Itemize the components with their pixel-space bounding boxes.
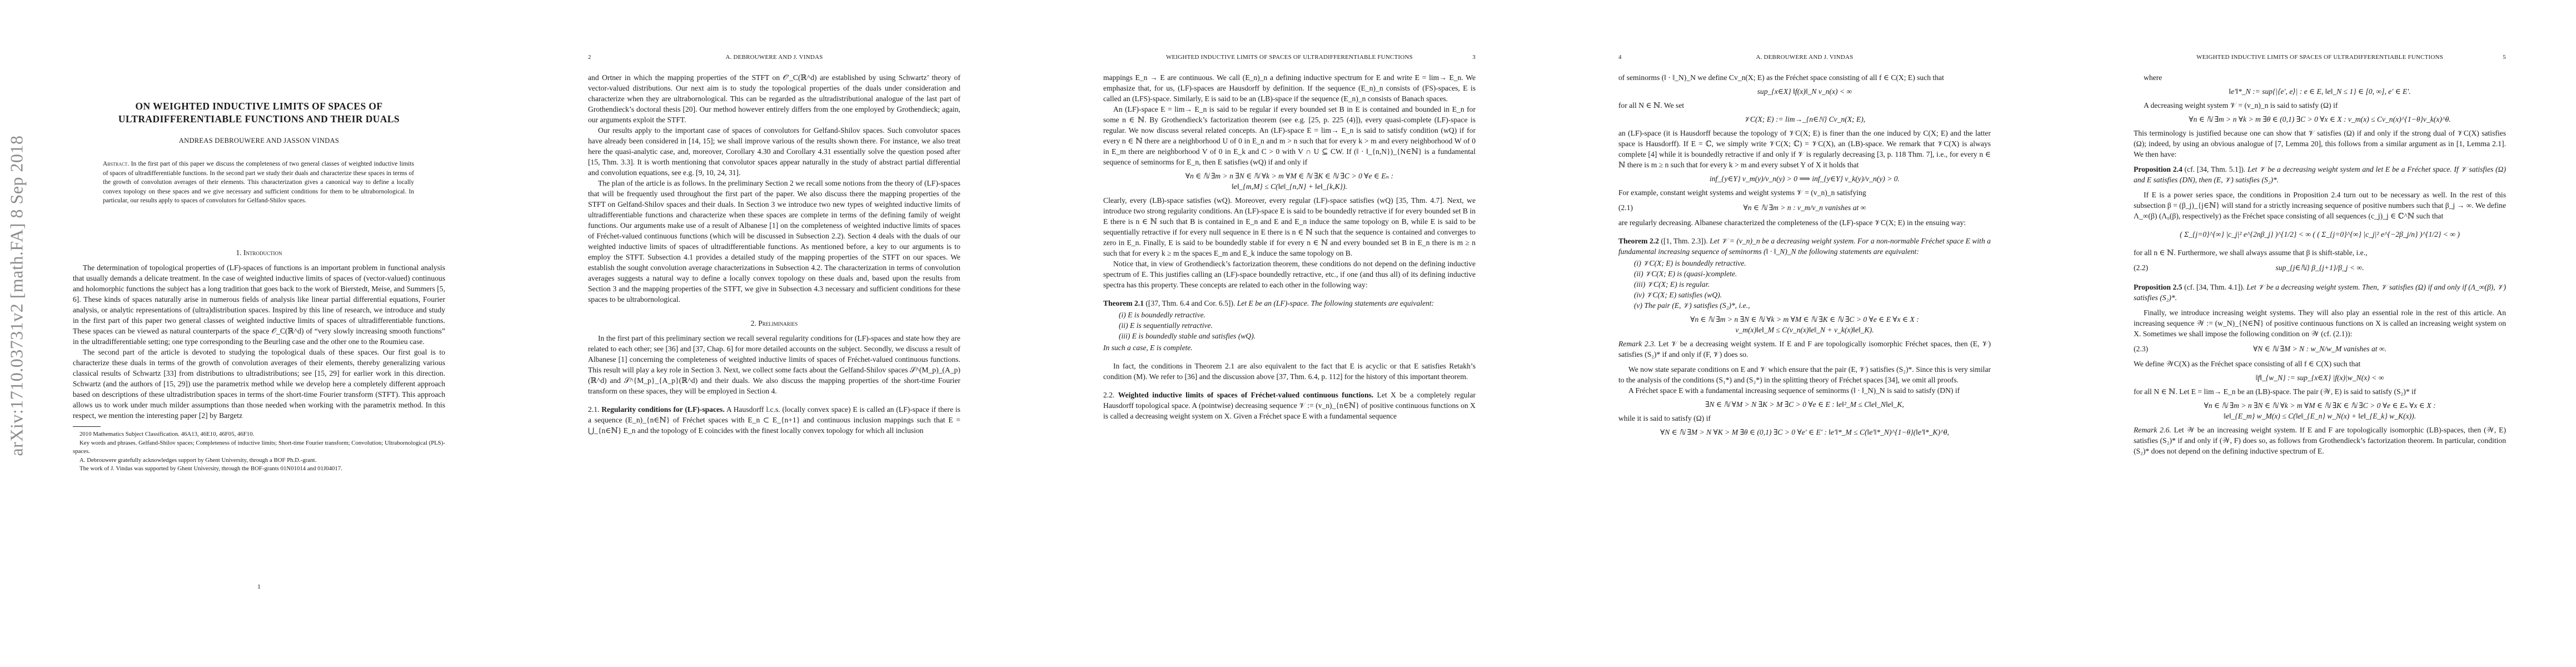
title-line-2: ULTRADIFFERENTIABLE FUNCTIONS AND THEIR … <box>73 113 445 126</box>
paragraph: We now state separate conditions on E an… <box>1618 364 1991 385</box>
equation-number: (2.1) <box>1618 202 1633 213</box>
subsection-number: 2.1. <box>588 405 599 414</box>
remark-2-3: Remark 2.3. Let 𝒱 be a decreasing weight… <box>1618 339 1991 360</box>
proposition-label: Proposition 2.4 <box>2134 165 2183 173</box>
paragraph: In the first part of this preliminary se… <box>588 333 960 396</box>
display-equation: ‖e′‖*_N := sup{|⟨e′, e⟩| : e ∈ E, ‖e‖_N … <box>2134 86 2506 97</box>
page-2-body: and Ortner in which the mapping properti… <box>588 72 960 436</box>
paragraph: The second part of the article is devote… <box>73 347 445 421</box>
paragraph: An (LF)-space E = lim→ E_n is said to be… <box>1103 104 1476 167</box>
paragraph: For example, constant weight systems and… <box>1618 187 1991 198</box>
title-line-1: ON WEIGHTED INDUCTIVE LIMITS OF SPACES O… <box>73 100 445 113</box>
running-head: WEIGHTED INDUCTIVE LIMITS OF SPACES OF U… <box>2134 54 2506 63</box>
remark-2-6: Remark 2.6. Let 𝒲 be an increasing weigh… <box>2134 425 2506 456</box>
equation-number: (2.2) <box>2134 262 2148 273</box>
proposition-ref: (cf. [34, Thm. 5.1]). <box>2185 165 2246 173</box>
proposition-2-4: Proposition 2.4 (cf. [34, Thm. 5.1]). Le… <box>2134 164 2506 185</box>
display-equation-power-series: ( Σ_{j=0}^{∞} |c_j|² e^{2nβ_j} )^{1/2} <… <box>2134 229 2506 240</box>
paragraph: are regularly decreasing. Albanese chara… <box>1618 217 1991 228</box>
equation-2-1: (2.1) ∀n ∈ ℕ ∃m > n : v_m/v_n vanishes a… <box>1618 202 1991 213</box>
remark-text: Let 𝒲 be an increasing weight system. If… <box>2134 426 2506 455</box>
paragraph: This terminology is justified because on… <box>2134 128 2506 160</box>
page-4: 4 A. DEBROUWERE AND J. VINDAS of seminor… <box>1546 0 2061 667</box>
theorem-2-1: Theorem 2.1 ([37, Thm. 6.4 and Cor. 6.5]… <box>1103 298 1476 308</box>
paragraph: mappings E_n → E are continuous. We call… <box>1103 72 1476 104</box>
theorem-ref: ([37, Thm. 6.4 and Cor. 6.5]). <box>1145 299 1235 307</box>
paragraph: The determination of topological propert… <box>73 262 445 347</box>
paragraph: while it is said to satisfy (Ω) if <box>1618 413 1991 424</box>
section-heading-introduction: 1. Introduction <box>73 247 445 258</box>
footnote-funding-1: A. Debrouwere gratefully acknowledges su… <box>73 456 445 465</box>
theorem-item: (i) 𝒱C(X; E) is boundedly retractive. <box>1634 258 1991 268</box>
paragraph: where <box>2134 72 2506 83</box>
paragraph: A decreasing weight system 𝒱 = (v_n)_n i… <box>2134 100 2506 111</box>
abstract-label: Abstract. <box>103 161 129 167</box>
theorem-item: (iii) 𝒱C(X; E) is regular. <box>1634 279 1991 290</box>
abstract: Abstract. In the first part of this pape… <box>103 160 414 206</box>
proposition-ref: (cf. [34, Thm. 4.1]). <box>2184 283 2245 291</box>
theorem-2-2: Theorem 2.2 ([1, Thm. 2.3]). Let 𝒱 = (v_… <box>1618 236 1991 257</box>
equation-body: sup_{j∈ℕ} β_{j+1}/β_j < ∞. <box>2134 262 2506 273</box>
display-equation-s2: ∀n ∈ ℕ ∃m > n ∃N ∈ ℕ ∀k > m ∀M ∈ ℕ ∃K ∈ … <box>1618 314 1991 335</box>
theorem-text: Let E be an (LF)-space. The following st… <box>1237 299 1434 307</box>
paragraph: The plan of the article is as follows. I… <box>588 178 960 305</box>
footnote-rule <box>73 426 101 427</box>
paragraph: an (LF)-space (it is Hausdorff because t… <box>1618 128 1991 170</box>
abstract-text: In the first part of this paper we discu… <box>103 161 414 204</box>
theorem-item: (iv) 𝒱C(X; E) satisfies (wQ). <box>1634 290 1991 300</box>
paragraph: for all N ∈ ℕ. We set <box>1618 100 1991 111</box>
paragraph: If E is a power series space, the condit… <box>2134 190 2506 221</box>
running-head: WEIGHTED INDUCTIVE LIMITS OF SPACES OF U… <box>1103 54 1476 63</box>
section-heading-preliminaries: 2. Preliminaries <box>588 318 960 328</box>
theorem-item: (ii) E is sequentially retractive. <box>1119 320 1476 331</box>
running-head-text: WEIGHTED INDUCTIVE LIMITS OF SPACES OF U… <box>2150 54 2489 61</box>
running-head-text: WEIGHTED INDUCTIVE LIMITS OF SPACES OF U… <box>1120 54 1459 61</box>
theorem-item: (iii) E is boundedly stable and satisfie… <box>1119 331 1476 341</box>
display-equation-dn: ∃N ∈ ℕ ∀M > N ∃K > M ∃C > 0 ∀e ∈ E : ‖e‖… <box>1618 399 1991 410</box>
paper-title: ON WEIGHTED INDUCTIVE LIMITS OF SPACES O… <box>73 100 445 126</box>
display-equation-omega: ∀N ∈ ℕ ∃M > N ∀K > M ∃θ ∈ (0,1) ∃C > 0 ∀… <box>1618 427 1991 437</box>
running-head: 4 A. DEBROUWERE AND J. VINDAS <box>1618 54 1991 63</box>
equation-body: ∀N ∈ ℕ ∃M > N : w_N/w_M vanishes at ∞. <box>2134 344 2506 354</box>
paragraph: and Ortner in which the mapping properti… <box>588 72 960 125</box>
paragraph: of seminorms (‖ · ‖_N)_N we define Cv_n(… <box>1618 72 1991 83</box>
page-5-body: where ‖e′‖*_N := sup{|⟨e′, e⟩| : e ∈ E, … <box>2134 72 2506 456</box>
page-1: arXiv:1710.03731v2 [math.FA] 8 Sep 2018 … <box>0 0 515 667</box>
arxiv-stamp-text: arXiv:1710.03731v2 [math.FA] 8 Sep 2018 <box>7 135 27 456</box>
remark-label: Remark 2.6. <box>2134 426 2171 434</box>
paragraph: Clearly, every (LB)-space satisfies (wQ)… <box>1103 195 1476 258</box>
theorem-tail: In such a case, E is complete. <box>1103 342 1476 353</box>
page-3-body: mappings E_n → E are continuous. We call… <box>1103 72 1476 421</box>
equation-line: ∀n ∈ ℕ ∃m > n ∃N ∈ ℕ ∀k > m ∀M ∈ ℕ ∃K ∈ … <box>1185 172 1393 180</box>
subsection-title: Regularity conditions for (LF)-spaces. <box>601 405 725 414</box>
remark-text: Let 𝒱 be a decreasing weight system. If … <box>1618 340 1991 359</box>
paragraph: A Fréchet space E with a fundamental inc… <box>1618 385 1991 396</box>
page-3: WEIGHTED INDUCTIVE LIMITS OF SPACES OF U… <box>1030 0 1546 667</box>
display-equation-s2-lb: ∀n ∈ ℕ ∃m > n ∃N ∈ ℕ ∀k > m ∀M ∈ ℕ ∃K ∈ … <box>2134 400 2506 421</box>
arxiv-stamp: arXiv:1710.03731v2 [math.FA] 8 Sep 2018 <box>6 129 28 462</box>
display-equation: ‖f‖_{w_N} := sup_{x∈X} |f(x)|w_N(x) < ∞ <box>2134 372 2506 383</box>
display-equation-wq: ∀n ∈ ℕ ∃m > n ∃N ∈ ℕ ∀k > m ∀M ∈ ℕ ∃K ∈ … <box>1103 171 1476 192</box>
page-number: 1 <box>73 583 445 591</box>
subsection-2-2: 2.2. Weighted inductive limits of spaces… <box>1103 390 1476 421</box>
theorem-label: Theorem 2.2 <box>1618 237 1659 245</box>
equation-line: ∀n ∈ ℕ ∃m > n ∃N ∈ ℕ ∀k > m ∀M ∈ ℕ ∃K ∈ … <box>2204 401 2435 410</box>
proposition-2-5: Proposition 2.5 (cf. [34, Thm. 4.1]). Le… <box>2134 282 2506 303</box>
page-4-body: of seminorms (‖ · ‖_N)_N we define Cv_n(… <box>1618 72 1991 441</box>
footnote-funding-2: The work of J. Vindas was supported by G… <box>73 465 445 474</box>
paragraph: for all N ∈ ℕ. Let E = lim→ E_n be an (L… <box>2134 386 2506 397</box>
running-head-text: A. DEBROUWERE AND J. VINDAS <box>588 54 960 61</box>
theorem-item: (v) The pair (E, 𝒱) satisfies (S₂)*, i.e… <box>1634 300 1991 311</box>
paragraph: In fact, the conditions in Theorem 2.1 a… <box>1103 361 1476 382</box>
theorem-ref: ([1, Thm. 2.3]). <box>1661 237 1707 245</box>
equation-2-3: (2.3) ∀N ∈ ℕ ∃M > N : w_N/w_M vanishes a… <box>2134 344 2506 354</box>
paragraph: We define 𝒲C(X) as the Fréchet space con… <box>2134 359 2506 369</box>
footnotes: 2010 Mathematics Subject Classification.… <box>73 430 445 474</box>
theorem-items: (i) 𝒱C(X; E) is boundedly retractive. (i… <box>1634 258 1991 311</box>
proposition-label: Proposition 2.5 <box>2134 283 2182 291</box>
subsection-2-1: 2.1. Regularity conditions for (LF)-spac… <box>588 404 960 436</box>
paragraph: for all n ∈ ℕ. Furthermore, we shall alw… <box>2134 247 2506 258</box>
subsection-number: 2.2. <box>1103 391 1114 399</box>
theorem-item: (ii) 𝒱C(X; E) is (quasi-)complete. <box>1634 268 1991 279</box>
display-equation: inf_{y∈Y} v_m(y)/v_n(y) > 0 ⟹ inf_{y∈Y} … <box>1618 173 1991 184</box>
running-head-text: A. DEBROUWERE AND J. VINDAS <box>1618 54 1991 61</box>
theorem-label: Theorem 2.1 <box>1103 299 1144 307</box>
equation-line: v_m(x)‖e‖_M ≤ C(v_n(x)‖e‖_N + v_k(x)‖e‖_… <box>1736 326 1874 334</box>
equation-2-2: (2.2) sup_{j∈ℕ} β_{j+1}/β_j < ∞. <box>2134 262 2506 273</box>
page-2: 2 A. DEBROUWERE AND J. VINDAS and Ortner… <box>515 0 1030 667</box>
equation-number: (2.3) <box>2134 344 2148 354</box>
theorem-items: (i) E is boundedly retractive. (ii) E is… <box>1119 310 1476 341</box>
equation-line: ‖e‖_{m,M} ≤ C(‖e‖_{n,N} + ‖e‖_{k,K}). <box>1232 182 1347 191</box>
display-equation: sup_{x∈X} ‖f(x)‖_N v_n(x) < ∞ <box>1618 86 1991 97</box>
equation-line: ‖e‖_{E_m} w_M(x) ≤ C(‖e‖_{E_n} w_N(x) + … <box>2224 412 2416 420</box>
authors: ANDREAS DEBROUWERE AND JASSON VINDAS <box>73 137 445 145</box>
equation-line: ∀n ∈ ℕ ∃m > n ∃N ∈ ℕ ∀k > m ∀M ∈ ℕ ∃K ∈ … <box>1690 315 1919 323</box>
equation-body: ∀n ∈ ℕ ∃m > n : v_m/v_n vanishes at ∞ <box>1618 202 1991 213</box>
footnote-msc: 2010 Mathematics Subject Classification.… <box>73 430 445 439</box>
page-5: WEIGHTED INDUCTIVE LIMITS OF SPACES OF U… <box>2061 0 2576 667</box>
page-number: 5 <box>2503 54 2506 61</box>
page-1-body: 1. Introduction The determination of top… <box>73 247 445 474</box>
subsection-title: Weighted inductive limits of spaces of F… <box>1118 391 1374 399</box>
display-equation: ∀n ∈ ℕ ∃m > n ∀k > m ∃θ ∈ (0,1) ∃C > 0 ∀… <box>2134 114 2506 125</box>
paragraph: Our results apply to the important case … <box>588 125 960 178</box>
page-number: 3 <box>1472 54 1476 61</box>
paragraph: Notice that, in view of Grothendieck’s f… <box>1103 258 1476 290</box>
theorem-item: (i) E is boundedly retractive. <box>1119 310 1476 320</box>
paragraph: Finally, we introduce increasing weight … <box>2134 307 2506 339</box>
footnote-keywords: Key words and phrases. Gelfand-Shilov sp… <box>73 439 445 456</box>
display-equation: 𝒱C(X; E) := lim→_{n∈ℕ} Cv_n(X; E), <box>1618 114 1991 125</box>
remark-label: Remark 2.3. <box>1618 340 1656 348</box>
running-head: 2 A. DEBROUWERE AND J. VINDAS <box>588 54 960 63</box>
